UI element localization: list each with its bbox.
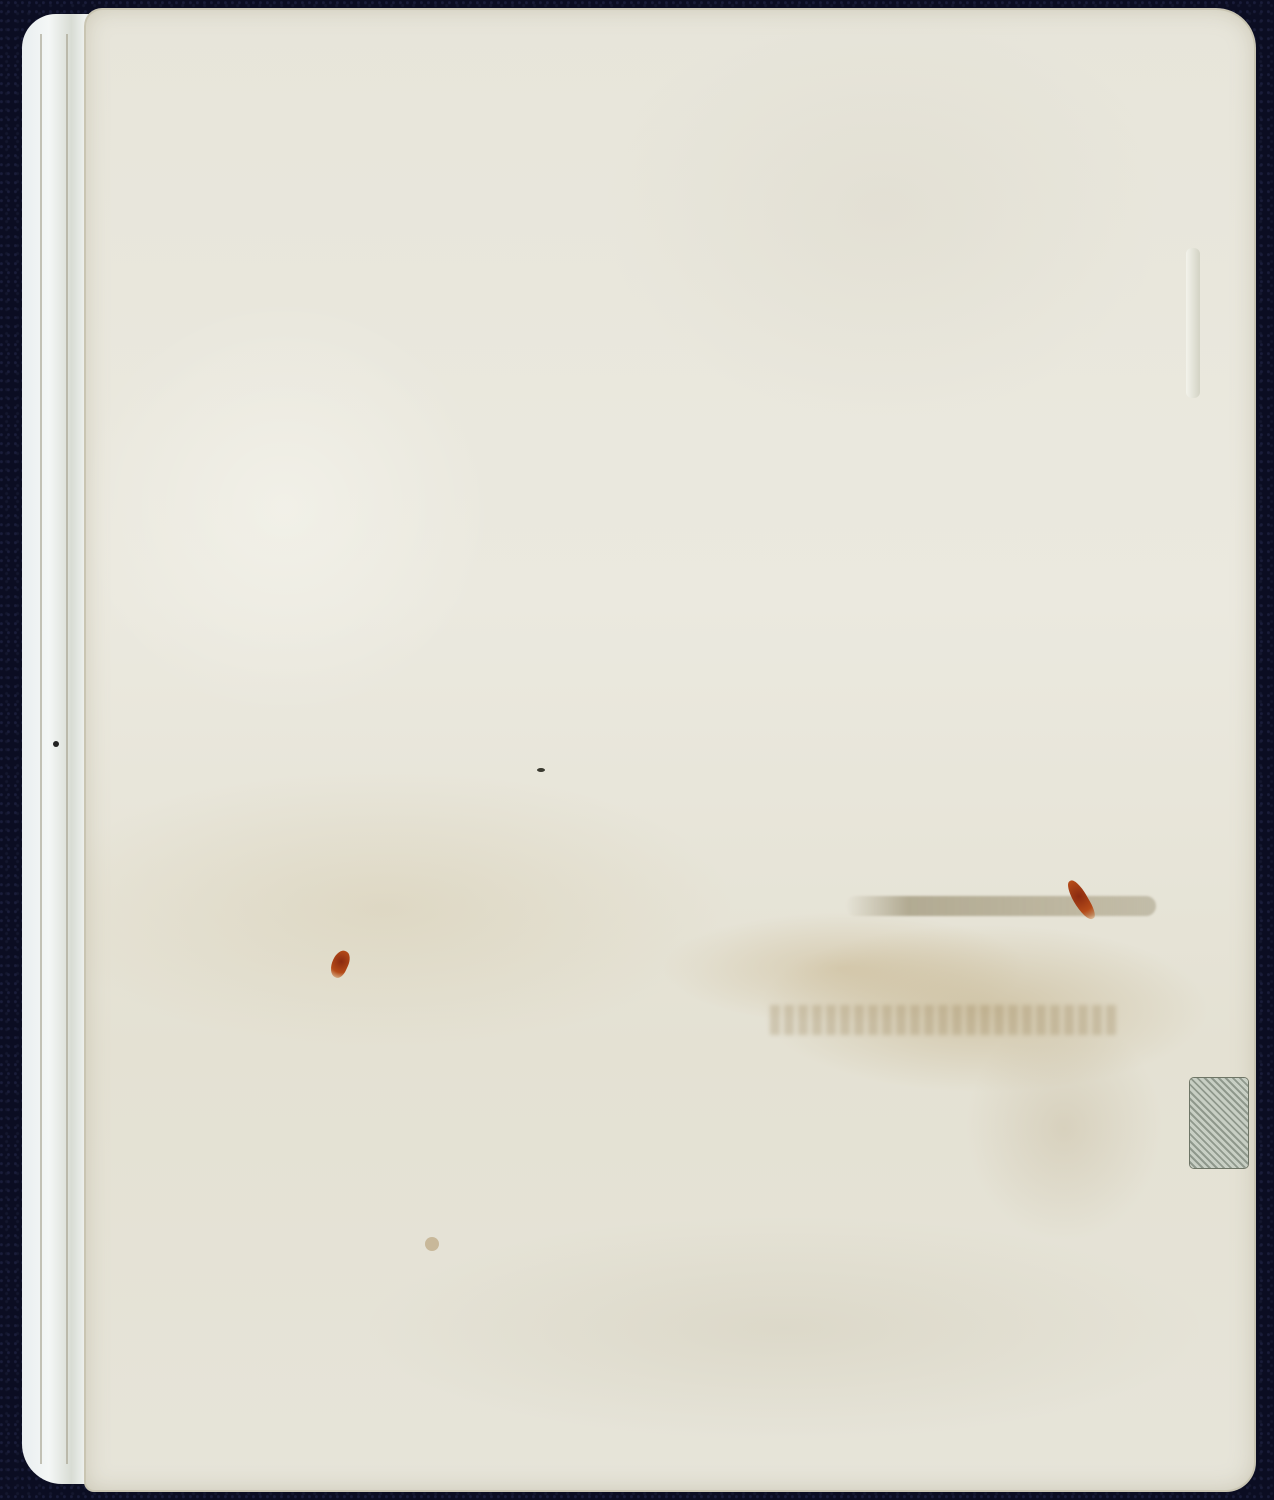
page-edge-line bbox=[40, 34, 42, 1464]
bleed-through-stain bbox=[770, 1005, 1120, 1035]
cover-fold-crease bbox=[1186, 248, 1200, 398]
stain-dot bbox=[425, 1237, 439, 1251]
stain-dot bbox=[53, 741, 59, 747]
stain-dot bbox=[537, 768, 545, 772]
surface-tear-strip bbox=[846, 896, 1156, 916]
fabric-tie bbox=[1190, 1078, 1248, 1168]
vellum-cover bbox=[84, 8, 1256, 1492]
page-edge-line bbox=[66, 34, 68, 1464]
